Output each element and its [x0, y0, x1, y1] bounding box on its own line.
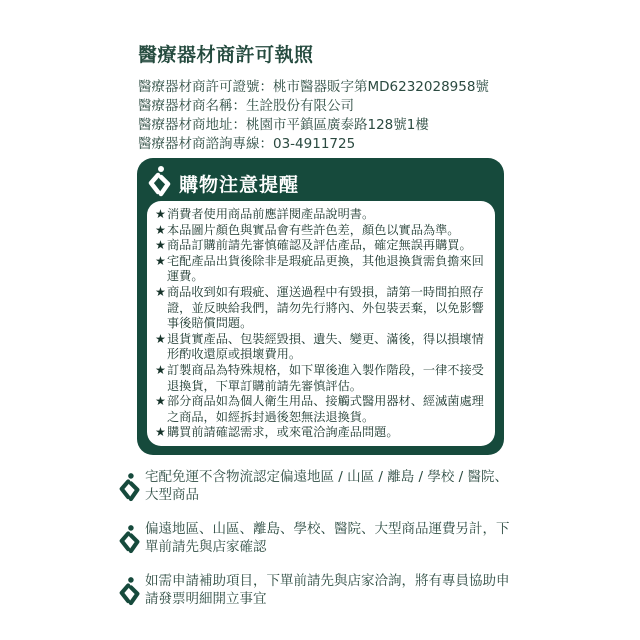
notice-item: ★消費者使用商品前應詳閱產品說明書。	[155, 207, 487, 223]
info-i-icon	[118, 522, 142, 556]
notice-box: 購物注意提醒 ★消費者使用商品前應詳閱產品說明書。 ★本品圖片顏色與實品會有些許…	[137, 158, 504, 455]
notice-header: 購物注意提醒	[147, 166, 299, 200]
info-i-icon	[147, 165, 173, 201]
star-icon: ★	[155, 285, 167, 301]
notice-title: 購物注意提醒	[179, 170, 299, 197]
tips-section: 宅配免運不含物流認定偏遠地區 / 山區 / 離島 / 學校 / 醫院、大型商品 …	[118, 468, 518, 624]
notice-item: ★訂製商品為特殊規格，如下單後進入製作階段，一律不接受退換貨，下單訂購前請先審慎…	[155, 363, 487, 394]
license-number: 醫療器材商許可證號：桃市醫器販字第MD6232028958號	[138, 78, 489, 97]
star-icon: ★	[155, 363, 167, 379]
company-name: 醫療器材商名稱：生詮股份有限公司	[138, 97, 489, 116]
notice-item: ★部分商品如為個人衛生用品、接觸式醫用器材、經滅菌處理之商品，如經拆封過後恕無法…	[155, 394, 487, 425]
star-icon: ★	[155, 223, 167, 239]
star-icon: ★	[155, 207, 167, 223]
license-info: 醫療器材商許可證號：桃市醫器販字第MD6232028958號 醫療器材商名稱：生…	[138, 78, 489, 154]
notice-item: ★本品圖片顏色與實品會有些許色差，顏色以實品為準。	[155, 223, 487, 239]
tip-text: 如需申請補助項目，下單前請先與店家洽詢，將有專員協助申請發票明細開立事宜	[145, 572, 518, 608]
company-address: 醫療器材商地址：桃園市平鎮區廣泰路128號1樓	[138, 116, 489, 135]
star-icon: ★	[155, 332, 167, 348]
tip-item: 宅配免運不含物流認定偏遠地區 / 山區 / 離島 / 學校 / 醫院、大型商品	[118, 468, 518, 504]
star-icon: ★	[155, 425, 167, 441]
info-i-icon	[118, 470, 142, 504]
notice-list: ★消費者使用商品前應詳閱產品說明書。 ★本品圖片顏色與實品會有些許色差，顏色以實…	[147, 201, 495, 441]
notice-item: ★商品訂購前請先審慎確認及評估產品，確定無誤再購買。	[155, 238, 487, 254]
notice-item: ★宅配產品出貨後除非是瑕疵品更換，其他退換貨需負擔來回運費。	[155, 254, 487, 285]
star-icon: ★	[155, 394, 167, 410]
tip-text: 宅配免運不含物流認定偏遠地區 / 山區 / 離島 / 學校 / 醫院、大型商品	[145, 468, 518, 504]
hotline: 醫療器材商諮詢專線：03-4911725	[138, 135, 489, 154]
star-icon: ★	[155, 238, 167, 254]
page-title: 醫療器材商許可執照	[138, 40, 314, 67]
notice-item: ★退貨實產品、包裝經毀損、遺失、變更、滿後，得以損壞情形酌收還原或損壞費用。	[155, 332, 487, 363]
info-i-icon	[118, 574, 142, 608]
star-icon: ★	[155, 254, 167, 270]
tip-item: 偏遠地區、山區、離島、學校、醫院、大型商品運費另計，下單前請先與店家確認	[118, 520, 518, 556]
tip-text: 偏遠地區、山區、離島、學校、醫院、大型商品運費另計，下單前請先與店家確認	[145, 520, 518, 556]
notice-item: ★購買前請確認需求，或來電洽詢產品問題。	[155, 425, 487, 441]
notice-item: ★商品收到如有瑕疵、運送過程中有毀損，請第一時間拍照存證，並反映給我們，請勿先行…	[155, 285, 487, 332]
notice-panel: ★消費者使用商品前應詳閱產品說明書。 ★本品圖片顏色與實品會有些許色差，顏色以實…	[147, 201, 495, 446]
tip-item: 如需申請補助項目，下單前請先與店家洽詢，將有專員協助申請發票明細開立事宜	[118, 572, 518, 608]
